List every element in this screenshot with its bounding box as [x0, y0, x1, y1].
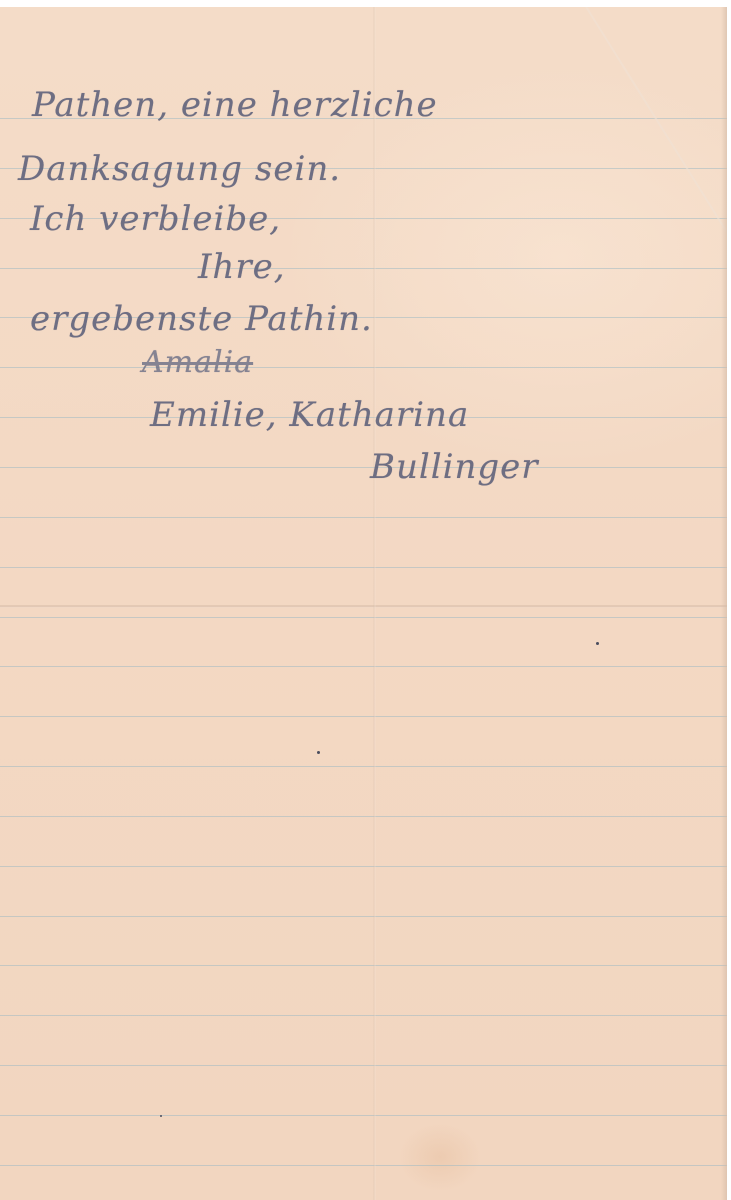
ruled-line: [0, 567, 727, 568]
ruled-line: [0, 866, 727, 867]
letter-page: Pathen, eine herzliche Danksagung sein. …: [0, 7, 727, 1200]
ruled-line: [0, 1015, 727, 1016]
letter-line-1: Pathen, eine herzliche: [32, 85, 438, 125]
closing-salutation: Ihre,: [198, 247, 286, 287]
pencil-dot: [317, 751, 320, 754]
letter-line-2: Danksagung sein.: [18, 149, 341, 189]
ruled-line: [0, 1115, 727, 1116]
closing-phrase: ergebenste Pathin.: [30, 299, 373, 339]
ruled-line: [0, 716, 727, 717]
ruled-line: [0, 617, 727, 618]
letter-line-3: Ich verbleibe,: [30, 199, 281, 239]
ruled-line: [0, 766, 727, 767]
ruled-line: [0, 916, 727, 917]
ruled-line: [0, 965, 727, 966]
ruled-line: [0, 816, 727, 817]
crossed-out-name: Amalia: [142, 345, 253, 380]
paper-edge: [721, 7, 727, 1200]
ruled-line: [0, 367, 727, 368]
horizontal-fold: [0, 605, 727, 608]
ruled-line: [0, 268, 727, 269]
corner-crease: [560, 7, 727, 408]
ruled-line: [0, 1065, 727, 1066]
vertical-fold: [373, 7, 376, 1200]
signature-surname: Bullinger: [370, 447, 539, 487]
ruled-line: [0, 1165, 727, 1166]
pencil-dot: [596, 642, 599, 645]
ruled-line: [0, 517, 727, 518]
ruled-line: [0, 467, 727, 468]
ruled-line: [0, 666, 727, 667]
pencil-dot: [160, 1115, 162, 1117]
signature-name: Emilie, Katharina: [150, 395, 469, 435]
